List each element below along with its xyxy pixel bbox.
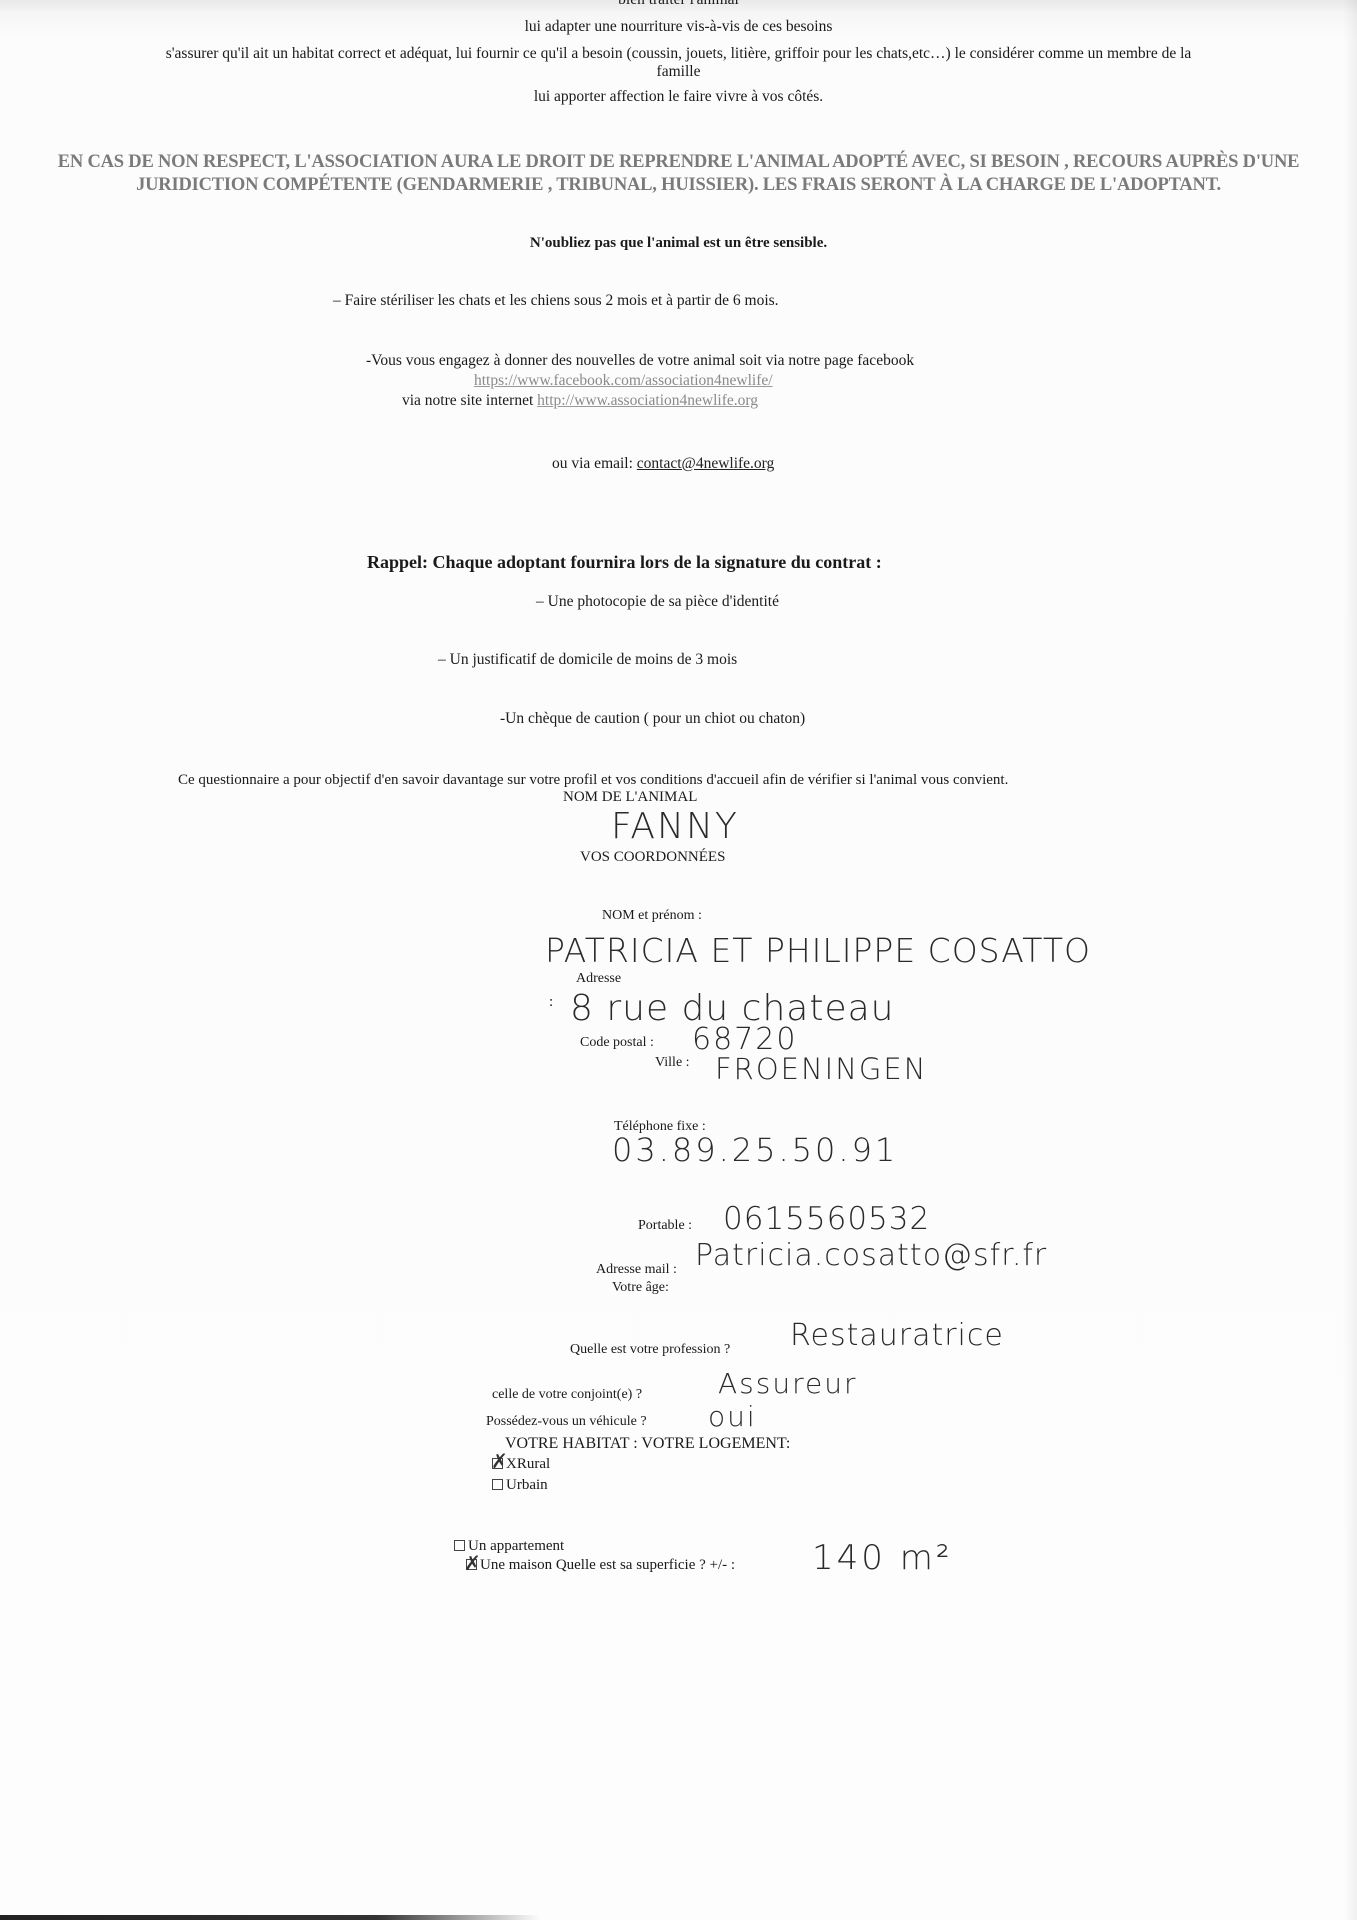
email-line: ou via email: contact@4newlife.org xyxy=(552,455,774,473)
vehicle-label: Possédez-vous un véhicule ? xyxy=(486,1414,647,1430)
address-colon: : xyxy=(549,994,553,1011)
text-line: famille xyxy=(0,63,1357,81)
rappel-item: – Une photocopie de sa pièce d'identité xyxy=(536,593,779,611)
checkbox[interactable] xyxy=(454,1540,465,1551)
check-mark-icon: ✗ xyxy=(464,1553,481,1573)
sterilisation-note: – Faire stériliser les chats et les chie… xyxy=(333,292,779,310)
sensible-reminder: N'oubliez pas que l'animal est un être s… xyxy=(0,235,1357,252)
website-line: via notre site internet http://www.assoc… xyxy=(402,392,758,410)
text-line: lui apporter affection le faire vivre à … xyxy=(0,88,1357,106)
habitat-heading: VOTRE HABITAT : VOTRE LOGEMENT: xyxy=(505,1435,790,1453)
option-label: Une maison Quelle est sa superficie ? +/… xyxy=(480,1557,735,1573)
contact-email-link[interactable]: contact@4newlife.org xyxy=(637,455,775,472)
animal-name-field[interactable]: FANNY xyxy=(611,806,739,847)
coordinates-heading: VOS COORDONNÉES xyxy=(580,849,725,866)
rappel-item: -Un chèque de caution ( pour un chiot ou… xyxy=(500,710,805,728)
profession-label: Quelle est votre profession ? xyxy=(570,1342,730,1358)
address-label: Adresse xyxy=(576,971,621,987)
email-prefix: ou via email: xyxy=(552,455,637,472)
option-label: XRural xyxy=(506,1456,550,1472)
email-label: Adresse mail : xyxy=(596,1262,677,1278)
option-label: Urbain xyxy=(506,1477,548,1493)
checkbox[interactable] xyxy=(492,1479,503,1490)
email-field[interactable]: Patricia.cosatto@sfr.fr xyxy=(695,1238,1047,1273)
check-mark-icon: ✗ xyxy=(491,1451,508,1471)
text-line: s'assurer qu'il ait un habitat correct e… xyxy=(0,45,1357,63)
phone-field[interactable]: 03.89.25.50.91 xyxy=(612,1131,898,1169)
vehicle-field[interactable]: oui xyxy=(708,1400,757,1433)
warning-line-2: JURIDICTION COMPÉTENTE (GENDARMERIE , TR… xyxy=(0,174,1357,197)
partner-profession-field[interactable]: Assureur xyxy=(718,1367,857,1400)
facebook-url[interactable]: https://www.facebook.com/association4new… xyxy=(474,372,773,389)
partner-profession-label: celle de votre conjoint(e) ? xyxy=(492,1387,642,1403)
name-field[interactable]: PATRICIA ET PHILIPPE COSATTO xyxy=(545,931,1091,970)
surface-field[interactable]: 140 m² xyxy=(812,1538,952,1578)
news-intro: -Vous vous engagez à donner des nouvelle… xyxy=(366,352,914,370)
city-label: Ville : xyxy=(655,1055,690,1071)
text-line: bien traiter l'animal xyxy=(0,0,1357,9)
mobile-label: Portable : xyxy=(638,1218,692,1234)
age-label: Votre âge: xyxy=(612,1280,669,1296)
website-url[interactable]: http://www.association4newlife.org xyxy=(537,392,758,409)
questionnaire-intro: Ce questionnaire a pour objectif d'en sa… xyxy=(178,772,1008,789)
profession-field[interactable]: Restauratrice xyxy=(790,1318,1004,1353)
website-prefix: via notre site internet xyxy=(402,392,537,409)
rappel-title: Rappel: Chaque adoptant fournira lors de… xyxy=(367,552,882,573)
mobile-field[interactable]: 0615560532 xyxy=(723,1201,930,1237)
option-label: Un appartement xyxy=(468,1538,564,1554)
rappel-item: – Un justificatif de domicile de moins d… xyxy=(438,651,737,669)
scan-artifact xyxy=(0,1915,540,1920)
warning-line-1: EN CAS DE NON RESPECT, L'ASSOCIATION AUR… xyxy=(0,151,1357,174)
city-field[interactable]: FROENINGEN xyxy=(715,1052,927,1086)
text-line: lui adapter une nourriture vis-à-vis de … xyxy=(0,18,1357,36)
facebook-link[interactable]: https://www.facebook.com/association4new… xyxy=(474,372,773,390)
scan-edge xyxy=(1343,0,1357,1920)
postal-code-label: Code postal : xyxy=(580,1035,654,1051)
name-label: NOM et prénom : xyxy=(602,908,702,924)
animal-name-label: NOM DE L'ANIMAL xyxy=(563,789,697,806)
housing-option-maison[interactable]: Une maison Quelle est sa superficie ? +/… xyxy=(466,1556,735,1574)
habitat-option-urbain[interactable]: Urbain xyxy=(492,1476,548,1494)
